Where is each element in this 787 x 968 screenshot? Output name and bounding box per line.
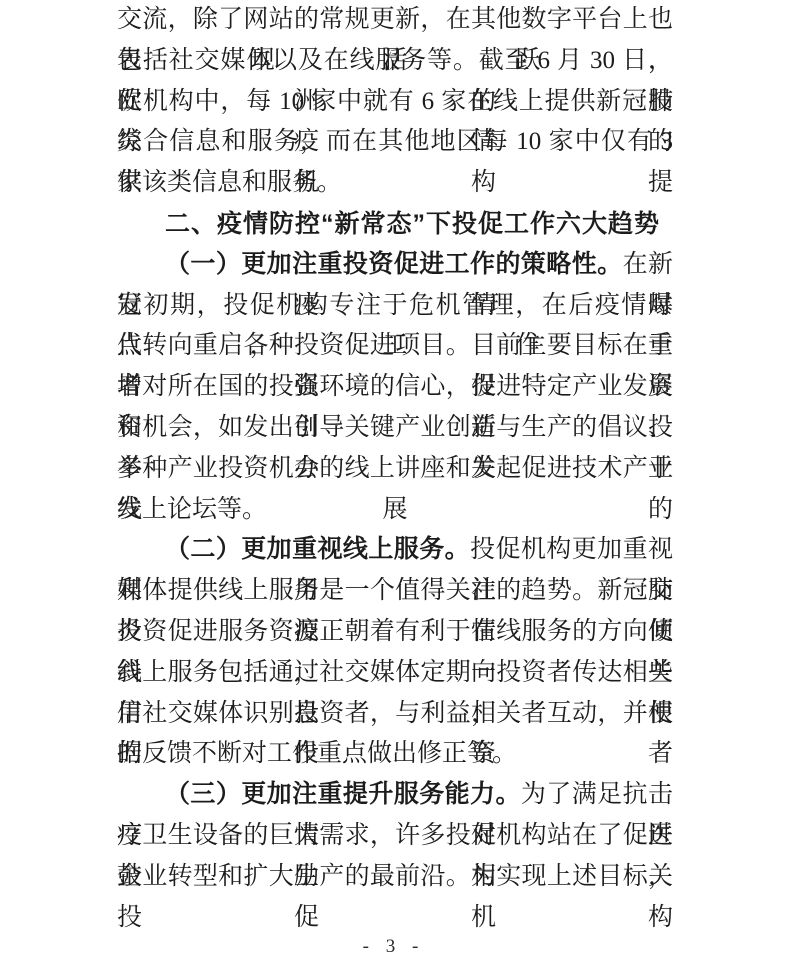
text-line: 线上服务包括通过社交媒体定期向投资者传达相关信息，使 (117, 653, 673, 694)
text-line: 投资促进服务资源正朝着有利于在线服务的方向倾斜，一些 (117, 612, 673, 653)
text-line: （二）更加重视线上服务。投促机构更加重视利用社交 (117, 530, 673, 571)
text-line: 发初期，投促机构专注于危机管理，在后疫情时代，工作重 (117, 286, 673, 327)
text-line: 交流，除了网站的常规更新，在其他数字平台上也表现活跃， (117, 0, 673, 41)
bold-lead-text: （一）更加注重投资促进工作的策略性。 (165, 251, 623, 278)
text-line: 媒体提供线上服务是一个值得关注的趋势。新冠肺炎疫情使 (117, 571, 673, 612)
document-body: 交流，除了网站的常规更新，在其他数字平台上也表现活跃，包括社交媒体以及在线服务等… (117, 0, 673, 898)
text-line: 包括社交媒体以及在线服务等。截至 6 月 30 日，欧洲的投 (117, 41, 673, 82)
text-line: 促机构中，每 10 家中就有 6 家在线上提供新冠肺炎疫情的 (117, 82, 673, 123)
bold-lead-text: （三）更加注重提升服务能力。 (165, 781, 521, 808)
text-line: 企业转型和扩大生产的最前沿。为实现上述目标，投促机构 (117, 857, 673, 898)
section-heading: 二、疫情防控“新常态”下投促工作六大趋势 (117, 204, 673, 245)
text-line: 多种产业投资机会的线上讲座和发起促进技术产业发展的 (117, 449, 673, 490)
text-line: 综合信息和服务，而在其他地区每 10 家中仅有 3 家机构提 (117, 122, 673, 163)
text-line: 者对所在国的投资环境的信心，促进特定产业发展和创造投 (117, 367, 673, 408)
text-line: 资机会，如发出引导关键产业创新与生产的倡议、举办关于 (117, 408, 673, 449)
page-number: - 3 - (0, 936, 787, 958)
text-line: 用社交媒体识别投资者，与利益相关者互动，并根据投资者 (117, 694, 673, 735)
text-line: 点转向重启各种投资促进项目。目前主要目标在于增强投资 (117, 326, 673, 367)
text-line: （一）更加注重投资促进工作的策略性。在新冠疫情爆 (117, 245, 673, 286)
bold-lead-text: （二）更加重视线上服务。 (165, 536, 470, 563)
text-line: （三）更加注重提升服务能力。为了满足抗击疫情对医 (117, 775, 673, 816)
document-page: 交流，除了网站的常规更新，在其他数字平台上也表现活跃，包括社交媒体以及在线服务等… (0, 0, 787, 968)
text-line: 疗卫生设备的巨大需求，许多投促机构站在了促进鼓励相关 (117, 816, 673, 857)
